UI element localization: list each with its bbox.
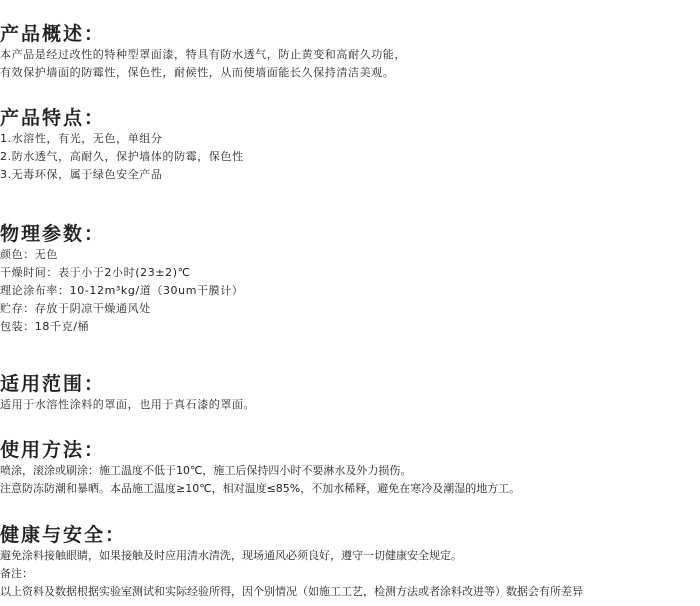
remarks-text: 以上资料及数据根据实验室测试和实际经验所得，因个别情况（如施工工艺，检测方法或者…: [0, 583, 700, 601]
remarks-label: 备注：: [0, 565, 700, 583]
section-title: 健康与安全：: [0, 523, 700, 547]
section-health-safety: 健康与安全： 避免涂料接触眼睛，如果接触及时应用清水清洗，现场通风必须良好，遵守…: [0, 523, 700, 601]
paragraph-line: 注意防冻防潮和暴晒。本品施工温度≥10℃，相对温度≤85%，不加水稀释，避免在寒…: [0, 480, 700, 498]
section-title: 物理参数：: [0, 222, 700, 246]
section-usage-method: 使用方法： 喷涂，滚涂或刷涂：施工温度不低于10℃，施工后保持四小时不要淋水及外…: [0, 438, 700, 498]
paragraph-line: 本产品是经过改性的特种型罩面漆，特具有防水透气，防止黄变和高耐久功能，: [0, 46, 700, 64]
section-scope-of-application: 适用范围： 适用于水溶性涂料的罩面，也用于真石漆的罩面。: [0, 372, 700, 414]
param-storage: 贮存：存放于阴凉干燥通风处: [0, 300, 700, 318]
paragraph-line: 有效保护墙面的防霉性，保色性，耐候性，从而使墙面能长久保持清洁美观。: [0, 64, 700, 82]
list-item: 2.防水透气，高耐久，保护墙体的防霉，保色性: [0, 148, 700, 166]
section-title: 产品特点：: [0, 106, 700, 130]
param-packaging: 包装：18千克/桶: [0, 318, 700, 336]
section-title: 使用方法：: [0, 438, 700, 462]
paragraph-line: 避免涂料接触眼睛，如果接触及时应用清水清洗，现场通风必须良好，遵守一切健康安全规…: [0, 547, 700, 565]
list-item: 1.水溶性，有光，无色，单组分: [0, 130, 700, 148]
section-title: 适用范围：: [0, 372, 700, 396]
param-coverage-rate: 理论涂布率：10-12m³kg/道（30um干膜计）: [0, 282, 700, 300]
param-drying-time: 干燥时间：表于小于2小时(23±2)℃: [0, 264, 700, 282]
list-item: 3.无毒环保，属于绿色安全产品: [0, 166, 700, 184]
section-physical-parameters: 物理参数： 颜色：无色 干燥时间：表于小于2小时(23±2)℃ 理论涂布率：10…: [0, 222, 700, 336]
paragraph-line: 喷涂，滚涂或刷涂：施工温度不低于10℃，施工后保持四小时不要淋水及外力损伤。: [0, 462, 700, 480]
section-product-overview: 产品概述： 本产品是经过改性的特种型罩面漆，特具有防水透气，防止黄变和高耐久功能…: [0, 22, 700, 82]
section-product-features: 产品特点： 1.水溶性，有光，无色，单组分 2.防水透气，高耐久，保护墙体的防霉…: [0, 106, 700, 184]
param-color: 颜色：无色: [0, 246, 700, 264]
paragraph-line: 适用于水溶性涂料的罩面，也用于真石漆的罩面。: [0, 396, 700, 414]
section-title: 产品概述：: [0, 22, 700, 46]
